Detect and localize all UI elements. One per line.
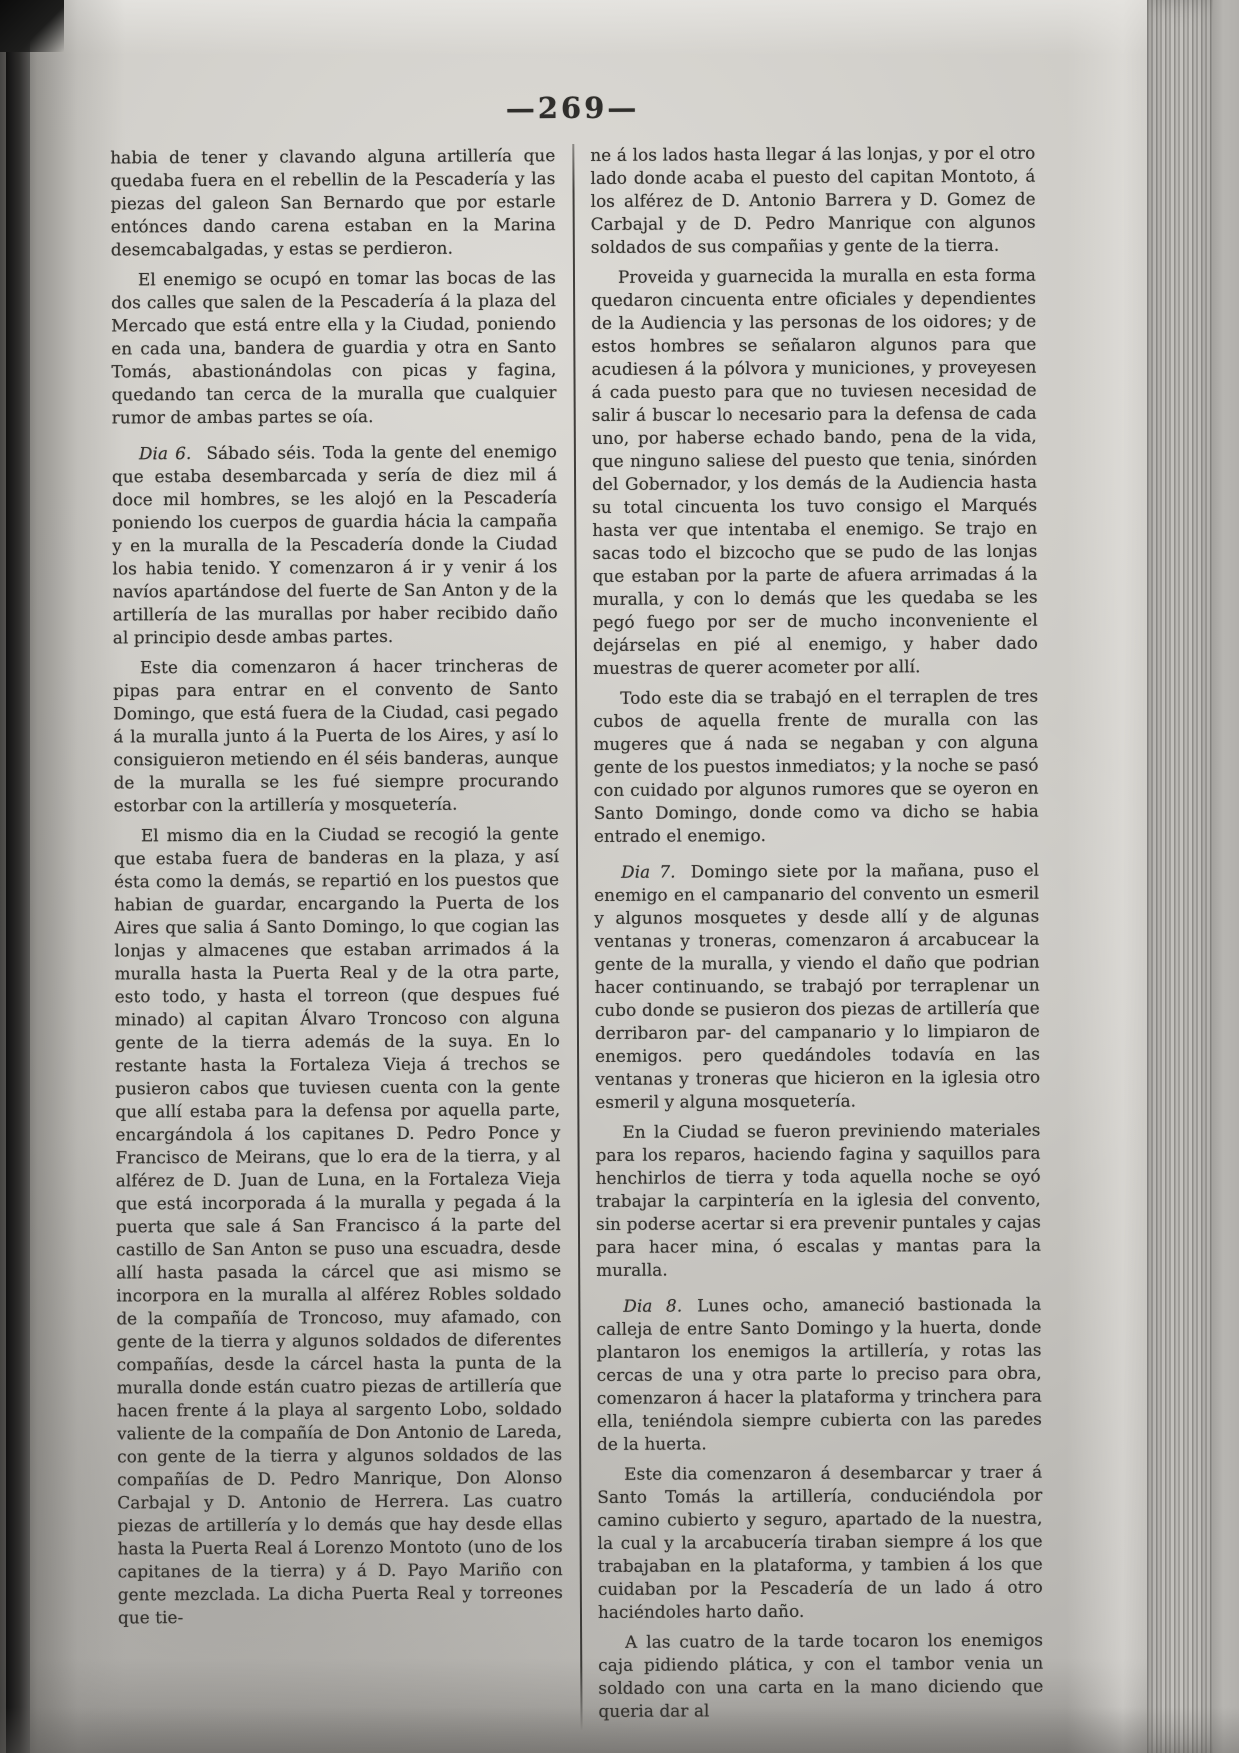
paragraph: Este dia comenzaron á hacer trincheras d… xyxy=(113,654,559,817)
paragraph: El enemigo se ocupó en tomar las bocas d… xyxy=(111,266,557,429)
paragraph-text: A las cuatro de la tarde tocaron los ene… xyxy=(598,1630,1043,1721)
paragraph-text: El enemigo se ocupó en tomar las bocas d… xyxy=(111,267,557,427)
gutter-corner-dark xyxy=(0,0,64,52)
paragraph-text: habia de tener y clavando alguna artille… xyxy=(110,145,555,259)
page-number: —269— xyxy=(110,86,1035,131)
day-label: Dia 8. xyxy=(623,1295,682,1315)
paragraph: Dia 6.Sábado séis. Toda la gente del ene… xyxy=(112,440,558,649)
paragraph: A las cuatro de la tarde tocaron los ene… xyxy=(598,1629,1043,1723)
paragraph-text: El mismo dia en la Ciudad se recogió la … xyxy=(114,823,563,1627)
book-page-scan: —269— habia de tener y clavando alguna a… xyxy=(0,0,1239,1753)
page-edge-highlight xyxy=(1067,0,1147,1753)
page-edges-texture xyxy=(1147,0,1213,1753)
paragraph: Todo este dia se trabajó en el terraplen… xyxy=(593,685,1039,848)
paragraph-text: Este dia comenzaron á hacer trincheras d… xyxy=(113,655,559,815)
paragraph: ne á los lados hasta llegar á las lonjas… xyxy=(590,142,1036,259)
paragraph: El mismo dia en la Ciudad se recogió la … xyxy=(114,822,563,1629)
paragraph: En la Ciudad se fueron previniendo mater… xyxy=(595,1119,1041,1282)
paragraph-text: ne á los lados hasta llegar á las lonjas… xyxy=(590,143,1035,257)
day-label: Dia 7. xyxy=(621,861,676,881)
left-column: habia de tener y clavando alguna artille… xyxy=(110,144,563,1732)
paragraph: Dia 8.Lunes ocho, amaneció bastionada la… xyxy=(596,1293,1042,1456)
day-label: Dia 6. xyxy=(139,443,192,463)
column-divider xyxy=(572,144,582,1730)
paragraph-text: Domingo siete por la mañana, puso el ene… xyxy=(594,860,1040,1112)
page-edge-outer xyxy=(1213,0,1239,1753)
paragraph: Dia 7.Domingo siete por la mañana, puso … xyxy=(594,859,1040,1114)
paragraph-text: Este dia comenzaron á desembarcar y trae… xyxy=(597,1462,1043,1622)
paragraph-text: Proveida y guarnecida la muralla en esta… xyxy=(591,265,1038,678)
paragraph-text: Lunes ocho, amaneció bastionada la calle… xyxy=(596,1294,1042,1454)
paragraph-text: Todo este dia se trabajó en el terraplen… xyxy=(593,686,1039,846)
paragraph: Proveida y guarnecida la muralla en esta… xyxy=(591,264,1038,680)
paragraph-text: Sábado séis. Toda la gente del enemigo q… xyxy=(112,441,558,647)
gutter-dark-bar xyxy=(6,10,30,1753)
paragraph: habia de tener y clavando alguna artille… xyxy=(110,144,556,261)
right-column: ne á los lados hasta llegar á las lonjas… xyxy=(590,142,1043,1730)
paragraph: Este dia comenzaron á desembarcar y trae… xyxy=(597,1461,1043,1624)
text-block: —269— habia de tener y clavando alguna a… xyxy=(110,86,1044,1733)
columns: habia de tener y clavando alguna artille… xyxy=(110,142,1043,1733)
paragraph-text: En la Ciudad se fueron previniendo mater… xyxy=(596,1120,1042,1280)
